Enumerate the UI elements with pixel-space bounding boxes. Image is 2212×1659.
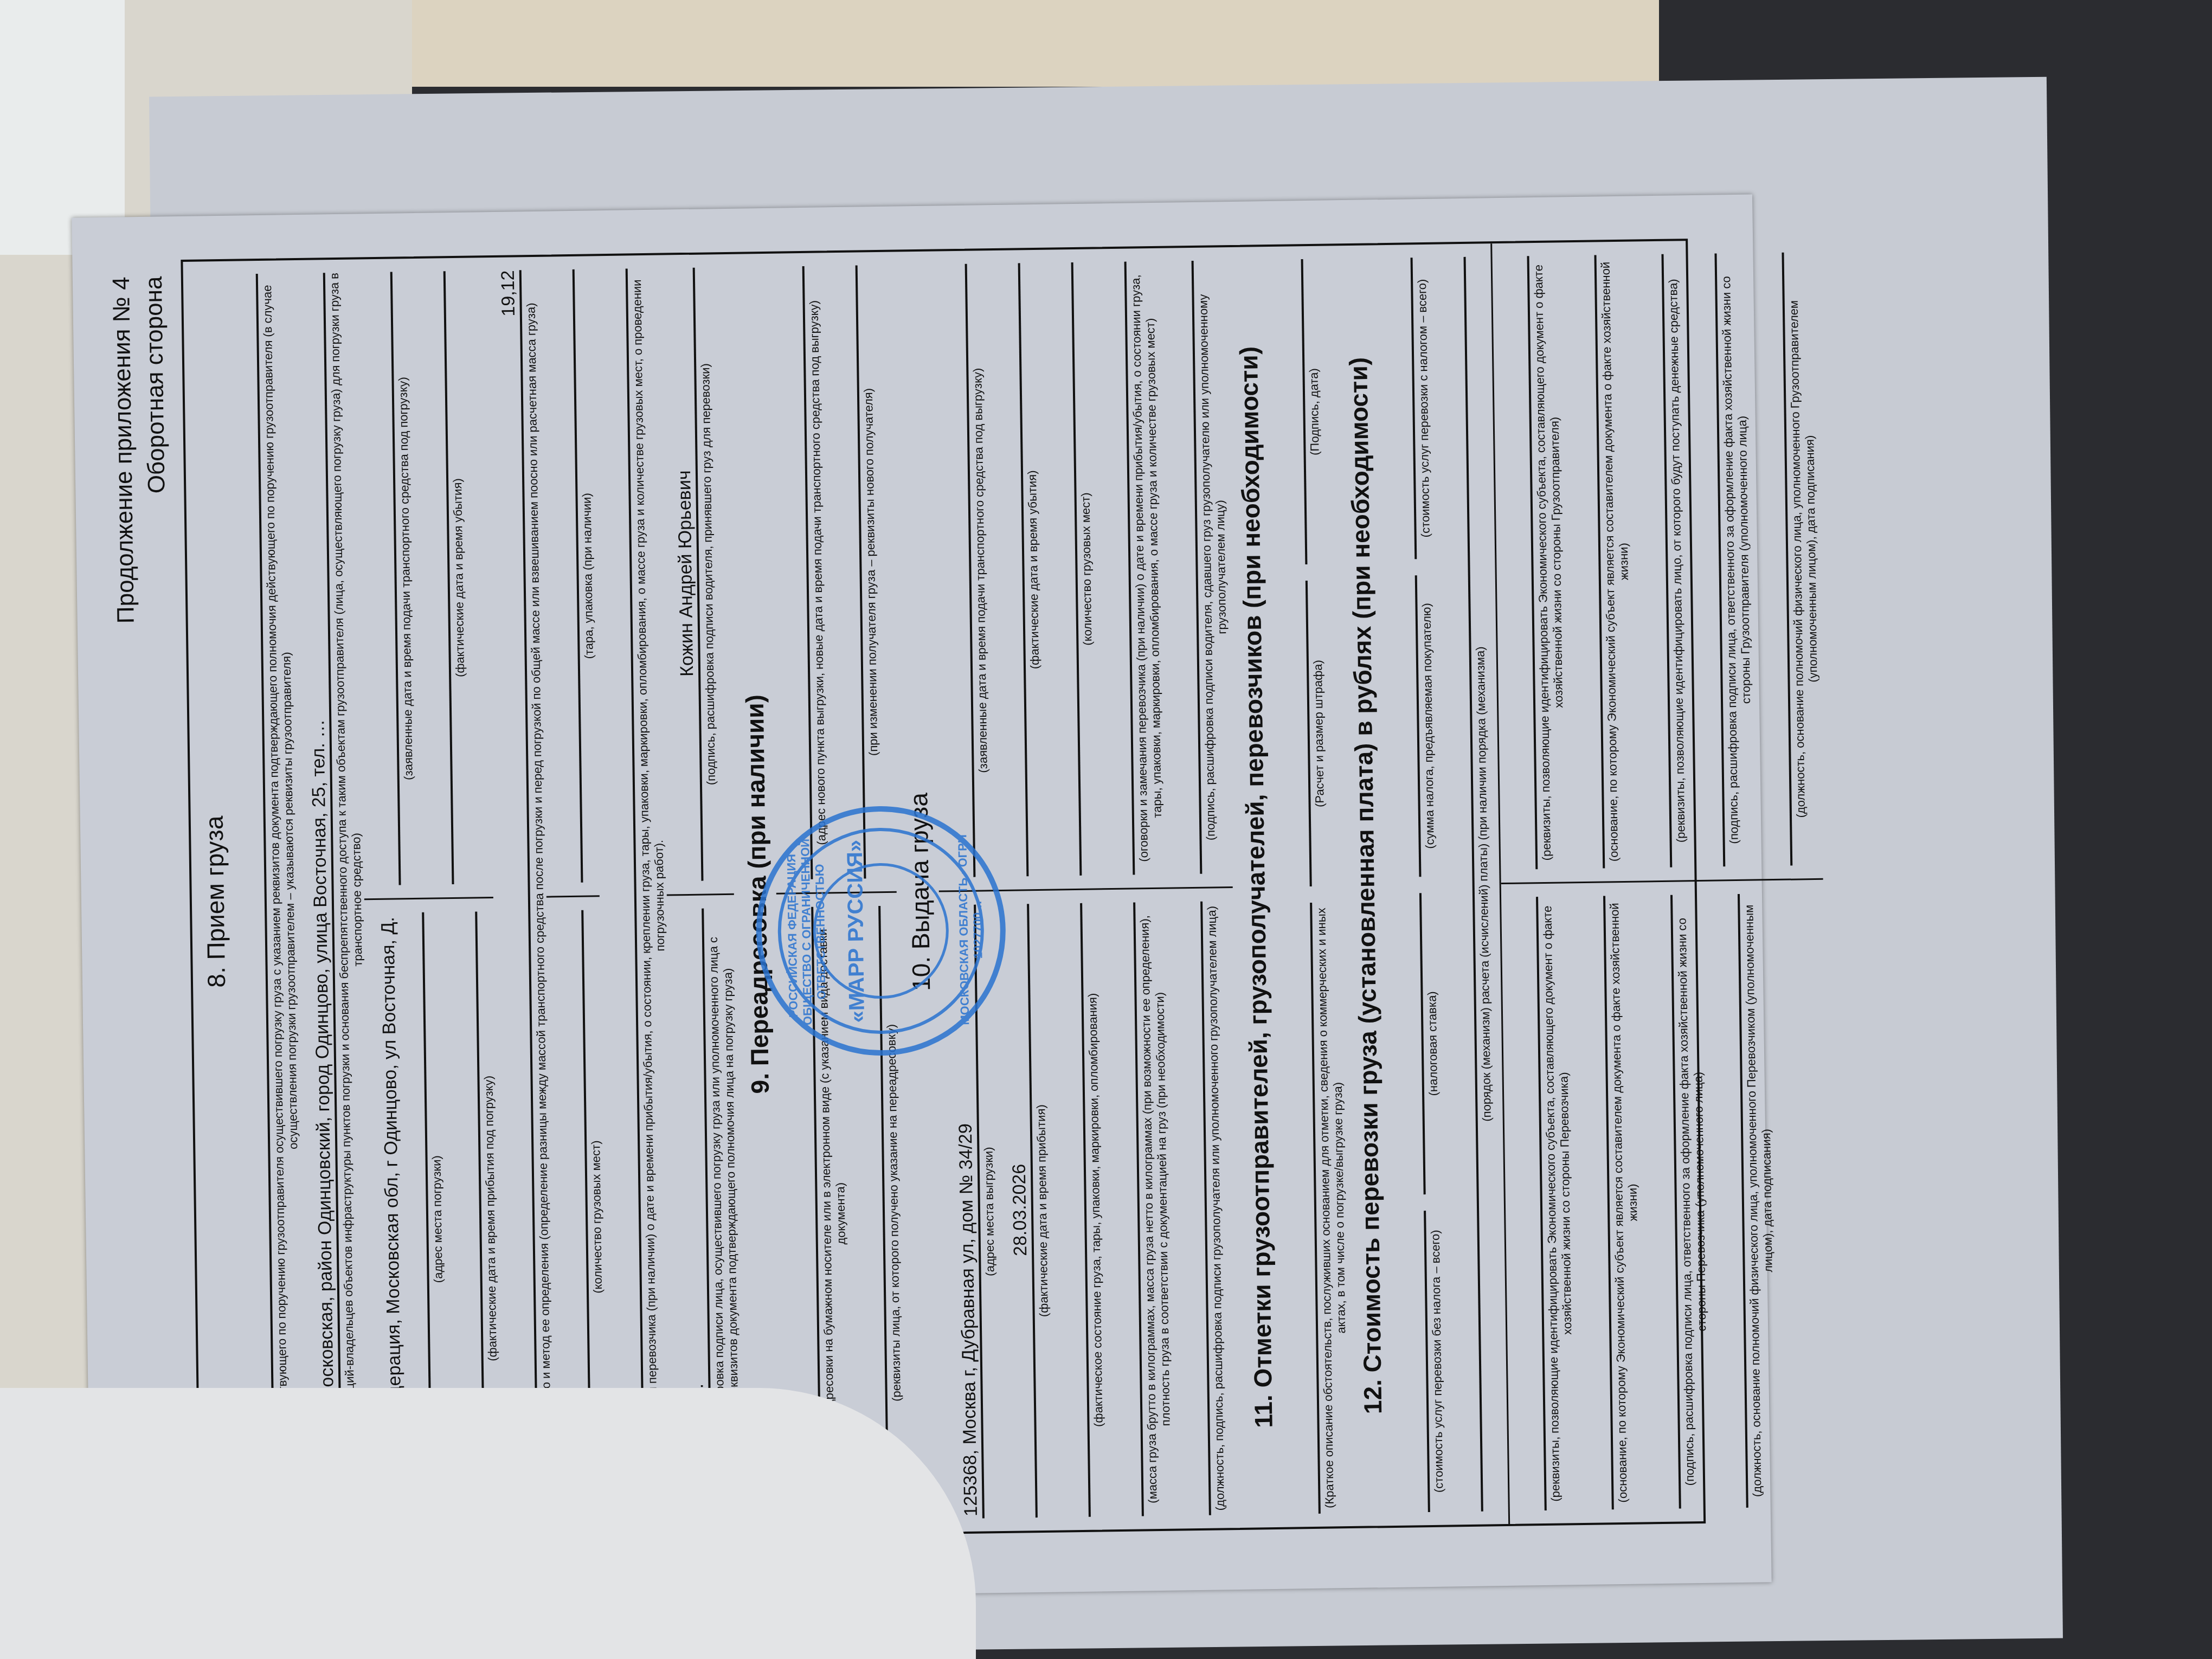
signature-date[interactable] [1278,259,1308,565]
section-8: 8. Прием груза (реквизиты лица, действую… [191,259,373,1542]
open-book-page [0,1388,976,1659]
field-caption: (Расчет и размер штрафа) [1310,581,1328,886]
field-caption: (Подпись, дата) [1306,259,1324,565]
field-caption: (основание, по которому Экономический су… [1599,255,1636,869]
field-caption: (сумма налога, предъявляемая покупателю) [1419,575,1438,877]
field-caption: (подпись, расшифровка подписи водителя, … [1196,260,1233,874]
section-9: (дата, вид переадресовки на бумажном нос… [767,252,905,1534]
field-caption: (реквизиты, позволяющие идентифицировать… [1540,897,1577,1510]
field-caption: (стоимость услуг перевозки с налогом – в… [1415,258,1433,559]
field-caption: (реквизиты, позволяющие идентифицировать… [1532,255,1568,869]
header-side: Оборотная сторона [138,276,175,623]
penalty-calculation[interactable] [1283,581,1312,887]
field-caption: (налоговая ставка) [1424,893,1442,1194]
field-caption: (оговорки и замечания перевозчика (при н… [1129,261,1166,875]
section-8-title: 8. Прием груза [192,274,239,1529]
section-11: (Краткое описание обстоятельств, послужи… [1266,246,1351,1527]
cost-with-tax[interactable] [1388,258,1417,560]
page-header: Продолжение приложения № 4 Оборотная сто… [105,276,175,623]
field-caption: (подпись, расшифровка подписи лица, отве… [1675,895,1712,1508]
section-12-parties: (реквизиты, позволяющие идентифицировать… [1492,239,1832,1524]
field-caption: (стоимость услуг перевозки без налога – … [1428,1211,1446,1512]
cost-without-tax[interactable] [1401,1211,1430,1513]
header-appendix: Продолжение приложения № 4 [105,276,143,623]
poster-background [412,0,1659,87]
field-caption: (подпись, расшифровка подписи лица, отве… [1719,253,1756,867]
field-caption: (основание, по которому Экономический су… [1607,896,1644,1509]
field-caption: (должность, основание полномочий физичес… [1742,894,1779,1508]
section-10: 125368, Москва г, Дубравная ул, дом № 34… [930,247,1242,1532]
tax-rate[interactable] [1397,893,1426,1195]
tax-amount[interactable] [1392,575,1422,877]
field-caption: (Краткое описание обстоятельств, послужи… [1314,902,1351,1514]
waybill-form: 8. Прием груза (реквизиты лица, действую… [181,239,1706,1545]
field-caption: (масса груза брутто в килограммах, масса… [1137,902,1174,1516]
